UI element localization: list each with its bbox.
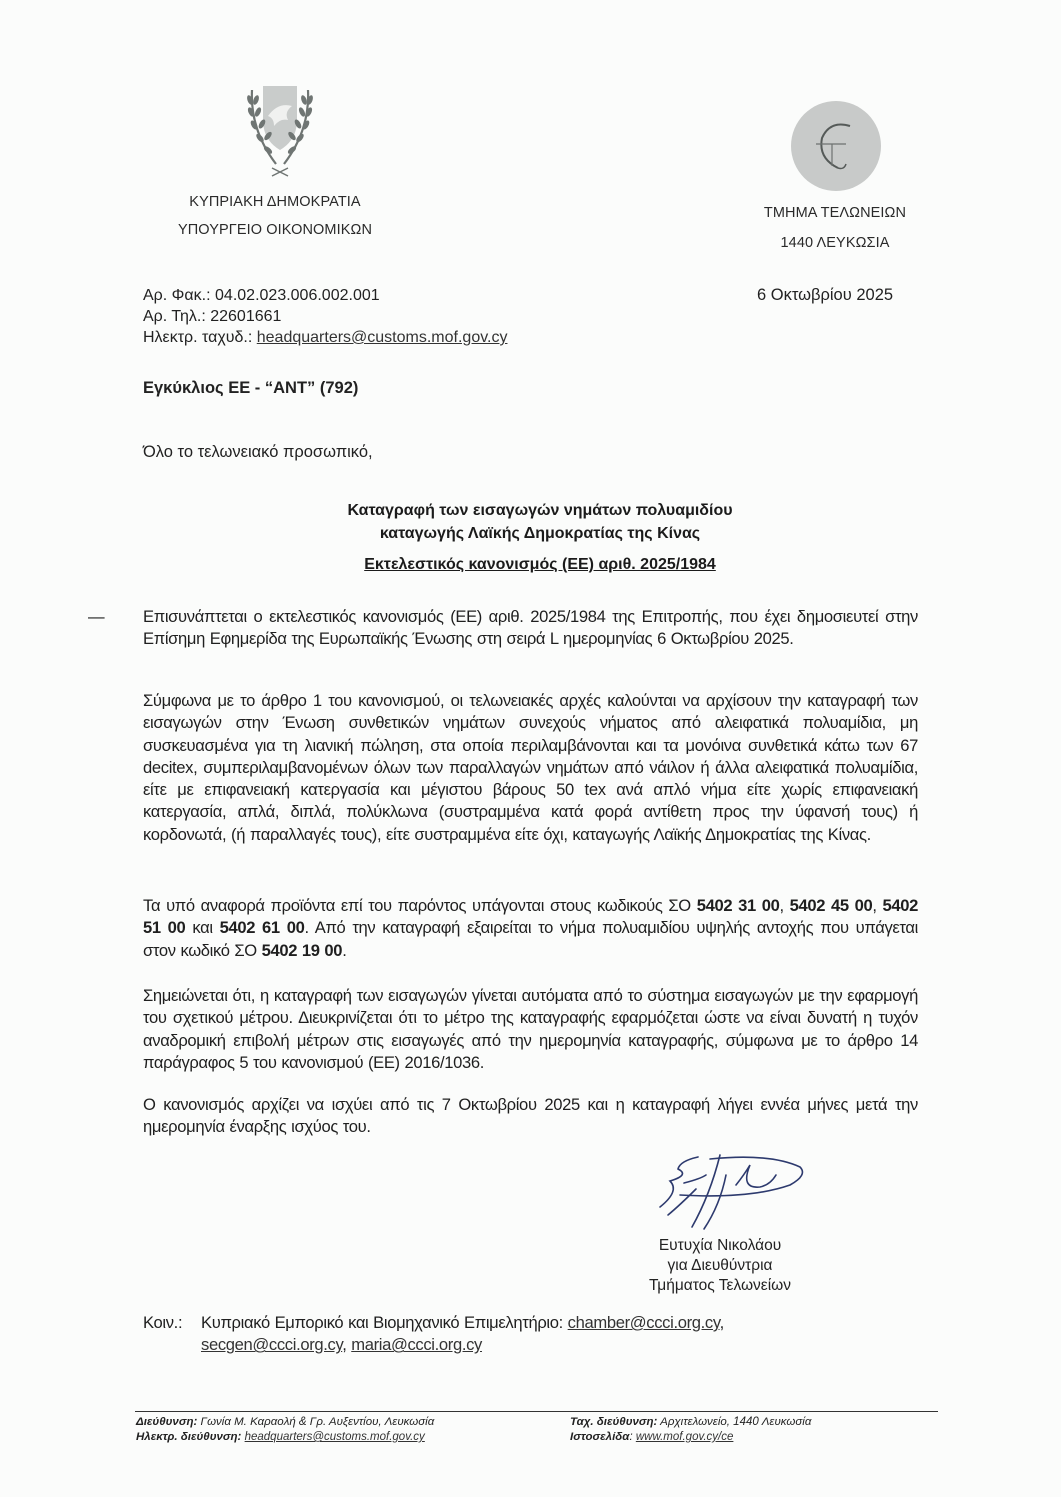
subject: Καταγραφή των εισαγωγών νημάτων πολυαμιδ… <box>240 499 840 576</box>
footer-divider <box>135 1411 938 1412</box>
footer-left: Διεύθυνση: Γωνία Μ. Καραολή & Γρ. Αυξεντ… <box>136 1415 434 1445</box>
cc-email-chamber[interactable]: chamber@ccci.org.cy <box>568 1313 720 1332</box>
cn-code-excluded: 5402 19 00 <box>262 941 343 960</box>
cn-code: 5402 45 00 <box>790 896 873 915</box>
footer-postal: Ταχ. διεύθυνση: Αρχιτελωνείο, 1440 Λευκω… <box>570 1415 811 1430</box>
ministry-header: ΚΥΠΡΙΑΚΗ ΔΗΜΟΚΡΑΤΙΑ ΥΠΟΥΡΓΕΙΟ ΟΙΚΟΝΟΜΙΚΩ… <box>140 188 410 244</box>
footer-website-link[interactable]: www.mof.gov.cy/ce <box>636 1431 734 1443</box>
cc-email-maria[interactable]: maria@ccci.org.cy <box>351 1335 482 1354</box>
handwritten-signature-icon <box>640 1145 810 1235</box>
paragraph-3: Τα υπό αναφορά προϊόντα επί του παρόντος… <box>143 895 918 962</box>
footer-email: Ηλεκτρ. διεύθυνση: headquarters@customs.… <box>136 1430 434 1445</box>
department-city: 1440 ΛΕΥΚΩΣΙΑ <box>730 228 940 258</box>
coat-of-arms-icon <box>230 80 330 180</box>
signatory-name: Ευτυχία Νικολάου <box>600 1236 840 1256</box>
paragraph-5: Ο κανονισμός αρχίζει να ισχύει από τις 7… <box>143 1094 918 1139</box>
signatory-role: για Διευθύντρια <box>600 1256 840 1276</box>
salutation: Όλο το τελωνειακό προσωπικό, <box>143 442 373 463</box>
paragraph-2: Σύμφωνα με το άρθρο 1 του κανονισμού, οι… <box>143 690 918 846</box>
paragraph-1: Επισυνάπτεται ο εκτελεστικός κανονισμός … <box>143 606 918 651</box>
regulation-title: Εκτελεστικός κανονισμός (ΕΕ) αριθ. 2025/… <box>240 553 840 576</box>
cc-recipients: Κυπριακό Εμπορικό και Βιομηχανικό Επιμελ… <box>201 1312 881 1357</box>
letterhead-left <box>150 80 410 180</box>
footer-email-link[interactable]: headquarters@customs.mof.gov.cy <box>245 1431 425 1443</box>
email-line: Ηλεκτρ. ταχυδ.: headquarters@customs.mof… <box>143 327 507 348</box>
email-link[interactable]: headquarters@customs.mof.gov.cy <box>257 329 508 346</box>
file-number: Αρ. Φακ.: 04.02.023.006.002.001 <box>143 285 507 306</box>
footer-address: Διεύθυνση: Γωνία Μ. Καραολή & Γρ. Αυξεντ… <box>136 1415 434 1430</box>
ministry-name: ΥΠΟΥΡΓΕΙΟ ΟΙΚΟΝΟΜΙΚΩΝ <box>140 216 410 244</box>
customs-logo-icon <box>788 98 884 194</box>
paragraph-dash: — <box>88 606 118 628</box>
cc-email-secgen[interactable]: secgen@ccci.org.cy <box>201 1335 342 1354</box>
department-header: ΤΜΗΜΑ ΤΕΛΩΝΕΙΩΝ 1440 ΛΕΥΚΩΣΙΑ <box>730 198 940 258</box>
cn-code: 5402 61 00 <box>220 918 305 937</box>
footer-right: Ταχ. διεύθυνση: Αρχιτελωνείο, 1440 Λευκω… <box>570 1415 811 1445</box>
phone-number: Αρ. Τηλ.: 22601661 <box>143 306 507 327</box>
reference-block: Αρ. Φακ.: 04.02.023.006.002.001 Αρ. Τηλ.… <box>143 285 507 348</box>
subject-line-1: Καταγραφή των εισαγωγών νημάτων πολυαμιδ… <box>240 499 840 522</box>
subject-line-2: καταγωγής Λαϊκής Δημοκρατίας της Κίνας <box>240 522 840 545</box>
circular-number: Εγκύκλιος ΕΕ - “ANT” (792) <box>143 378 358 399</box>
cc-label: Κοιν.: <box>143 1312 182 1334</box>
signature-block: Ευτυχία Νικολάου για Διευθύντρια Τμήματο… <box>600 1236 840 1296</box>
footer-website: Ιστοσελίδα: www.mof.gov.cy/ce <box>570 1430 811 1445</box>
signatory-department: Τμήματος Τελωνείων <box>600 1276 840 1296</box>
cn-code: 5402 31 00 <box>697 896 780 915</box>
paragraph-4: Σημειώνεται ότι, η καταγραφή των εισαγωγ… <box>143 985 918 1074</box>
department-name: ΤΜΗΜΑ ΤΕΛΩΝΕΙΩΝ <box>730 198 940 228</box>
letter-date: 6 Οκτωβρίου 2025 <box>757 285 893 306</box>
republic-name: ΚΥΠΡΙΑΚΗ ΔΗΜΟΚΡΑΤΙΑ <box>140 188 410 216</box>
